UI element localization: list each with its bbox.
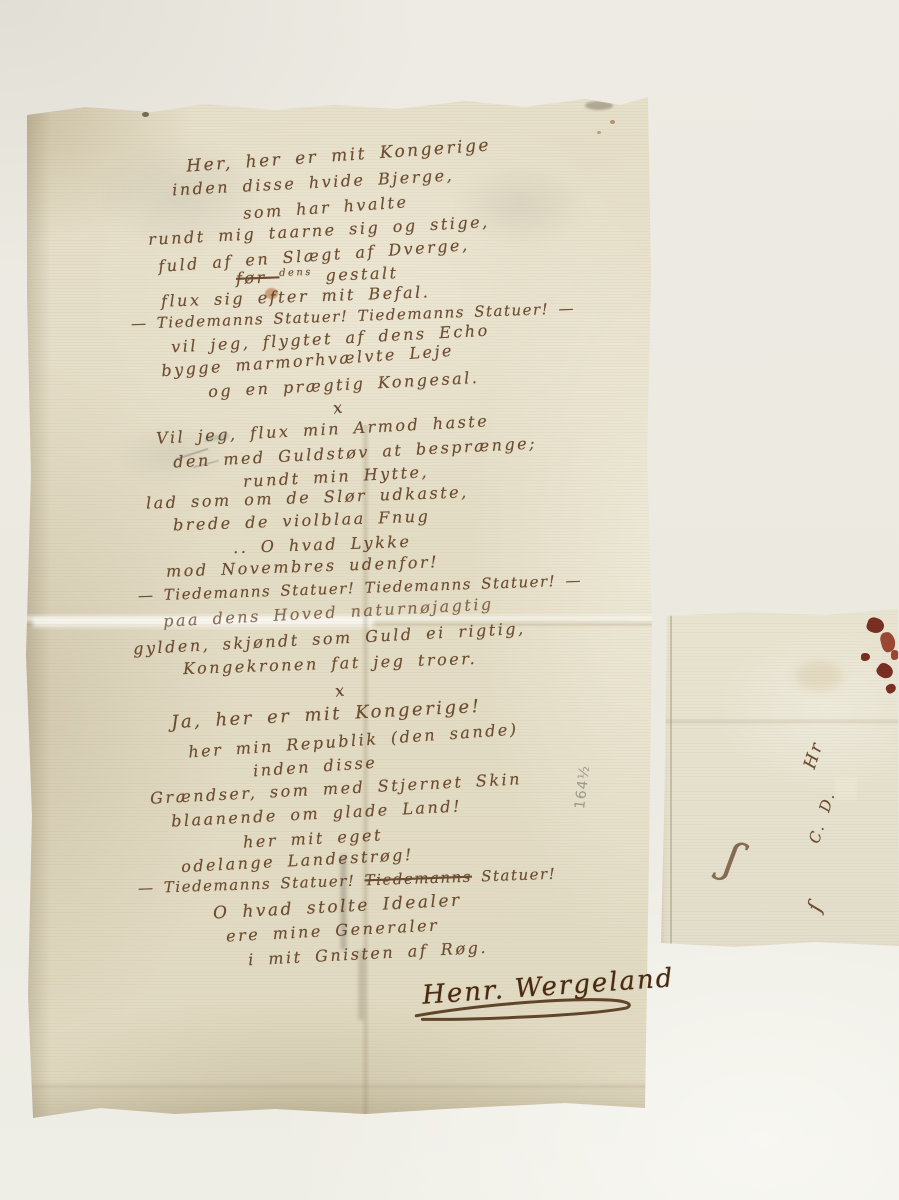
wax-seal-blob	[885, 682, 898, 694]
wax-seal-blob	[865, 616, 886, 636]
flap-crease	[655, 720, 899, 723]
rust-speck	[597, 131, 601, 134]
flap-fold-strip	[655, 606, 671, 951]
pencil-scribble	[193, 460, 219, 469]
show-through-smudge	[455, 165, 585, 245]
horizontal-fold-crease	[25, 613, 653, 627]
photo-stage: Her, her er mit Kongerigeinden disse hvi…	[0, 0, 899, 1200]
vertical-fold-crease	[361, 425, 370, 1115]
corner-smudge	[585, 101, 613, 110]
show-through-smudge	[95, 140, 265, 250]
show-through-smudge	[115, 425, 225, 485]
manuscript-sheet	[25, 95, 653, 1120]
wax-seal-blob	[874, 661, 895, 682]
rust-stain	[265, 288, 278, 299]
wax-seal-blob	[879, 631, 898, 654]
rust-speck	[610, 120, 615, 124]
pencil-scribble	[176, 448, 209, 460]
tan-stain	[795, 661, 843, 691]
fold-smudge	[341, 855, 346, 950]
bottom-edge-shading	[25, 1078, 653, 1120]
left-edge-shading	[25, 95, 51, 1120]
fold-smudge	[359, 950, 363, 1020]
wax-seal-blob	[861, 653, 870, 661]
flap-fold-line	[670, 606, 672, 951]
crease-highlight	[33, 618, 373, 627]
green-mark	[205, 433, 230, 442]
letter-flap-sheet	[655, 606, 899, 951]
ink-spot	[142, 112, 149, 117]
wax-seal-blob	[891, 650, 899, 660]
faint-fold-line	[25, 1085, 653, 1088]
pale-patch	[835, 776, 857, 800]
